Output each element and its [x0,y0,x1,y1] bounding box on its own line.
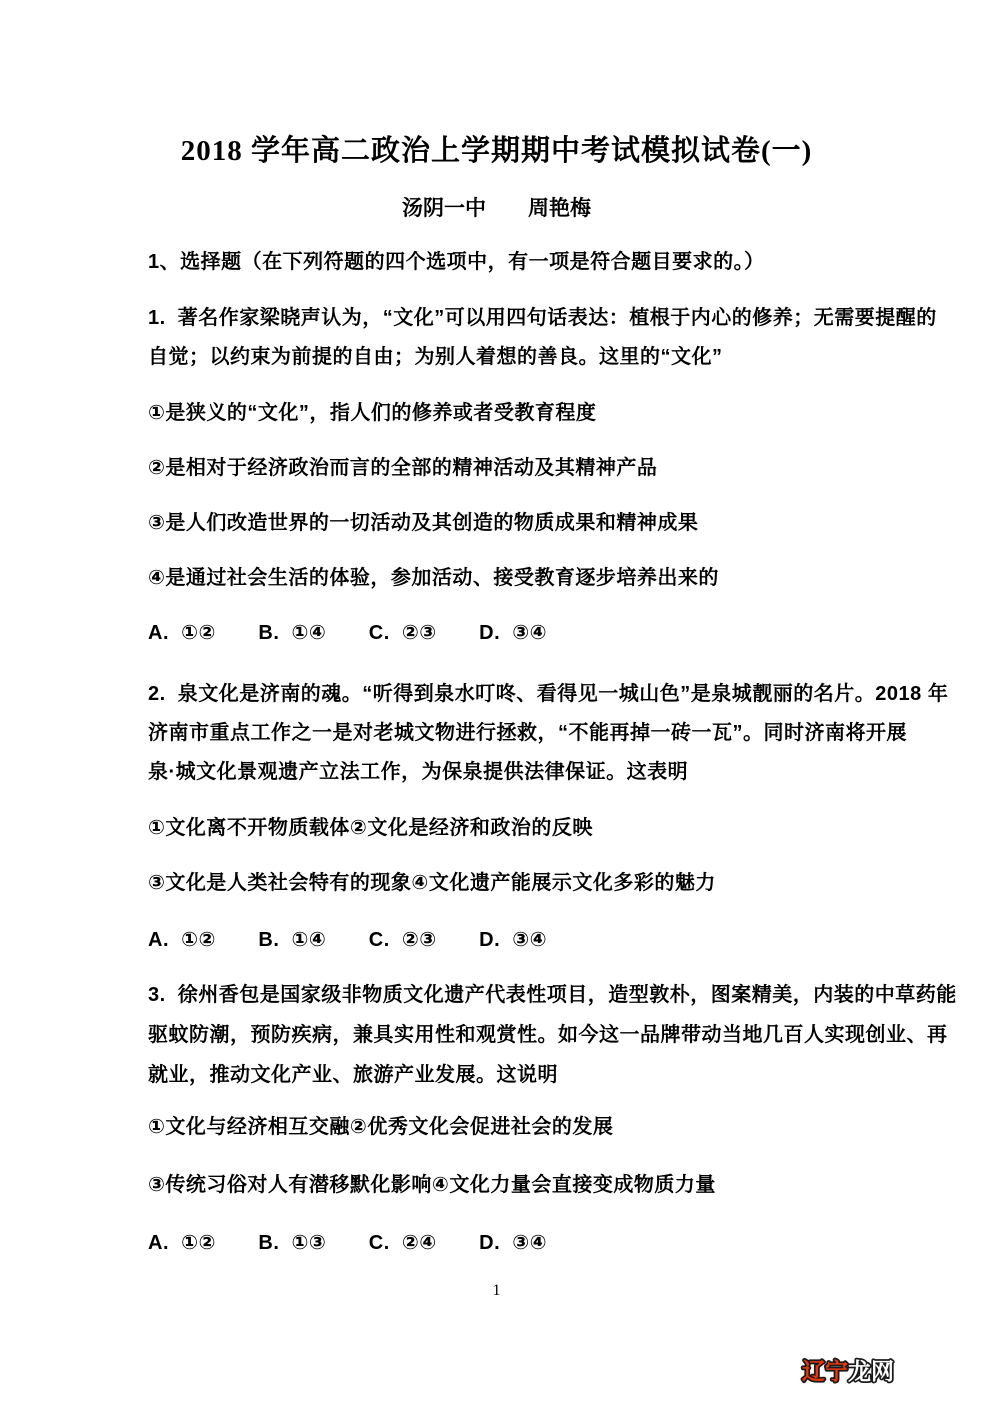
question-1-answer-line: A. ①② B. ①④ C. ②③ D. ③④ [148,623,547,644]
watermark-svg: 辽宁龙网 [799,1346,899,1392]
page-title: 2018 学年高二政治上学期期中考试模拟试卷(一) [0,133,993,169]
question-2-option-line-1: ①文化离不开物质载体②文化是经济和政治的反映 [148,818,593,839]
question-1-stem-line-1: 1. 著名作家梁晓声认为，“文化”可以用四句话表达：植根于内心的修养；无需要提醒… [148,308,937,329]
watermark-text: 辽宁龙网 [802,1358,894,1384]
byline: 汤阴一中 周艳梅 [0,196,993,220]
question-1-option-line-1: ①是狭义的“文化”，指人们的修养或者受教育程度 [148,403,596,424]
exam-page: 2018 学年高二政治上学期期中考试模拟试卷(一) 汤阴一中 周艳梅 1、选择题… [0,0,993,1404]
watermark-text-secondary: 龙网 [848,1358,894,1384]
question-3-answer-line: A. ①② B. ①③ C. ②④ D. ③④ [148,1233,547,1254]
question-1-stem-line-2: 自觉；以约束为前提的自由；为别人着想的善良。这里的“文化” [148,347,723,368]
question-2-stem-line-1: 2. 泉文化是济南的魂。“听得到泉水叮咚、看得见一城山色”是泉城靓丽的名片。20… [148,684,948,705]
section-header: 1、选择题（在下列符题的四个选项中，有一项是符合题目要求的。） [148,252,765,273]
question-3-stem-line-2: 驱蚊防潮，预防疾病，兼具实用性和观赏性。如今这一品牌带动当地几百人实现创业、再 [148,1025,948,1046]
question-2-stem-line-2: 济南市重点工作之一是对老城文物进行拯救，“不能再掉一砖一瓦”。同时济南将开展 [148,723,907,744]
site-watermark: 辽宁龙网 [799,1346,899,1392]
question-3-option-line-2: ③传统习俗对人有潜移默化影响④文化力量会直接变成物质力量 [148,1175,716,1196]
question-2-option-line-2: ③文化是人类社会特有的现象④文化遗产能展示文化多彩的魅力 [148,873,716,894]
page-number: 1 [0,1282,993,1300]
watermark-text-primary: 辽宁 [802,1358,848,1384]
question-1-option-line-3: ③是人们改造世界的一切活动及其创造的物质成果和精神成果 [148,513,698,534]
question-3-stem-line-3: 就业，推动文化产业、旅游产业发展。这说明 [148,1065,558,1086]
question-1-option-line-2: ②是相对于经济政治而言的全部的精神活动及其精神产品 [148,458,657,479]
question-2-answer-line: A. ①② B. ①④ C. ②③ D. ③④ [148,930,547,951]
question-2-stem-line-3: 泉·城文化景观遗产立法工作，为保泉提供法律保证。这表明 [148,762,688,783]
question-1-option-line-4: ④是通过社会生活的体验，参加活动、接受教育逐步培养出来的 [148,568,719,589]
question-3-option-line-1: ①文化与经济相互交融②优秀文化会促进社会的发展 [148,1117,613,1138]
question-3-stem-line-1: 3. 徐州香包是国家级非物质文化遗产代表性项目，造型敦朴，图案精美，内装的中草药… [148,985,957,1006]
